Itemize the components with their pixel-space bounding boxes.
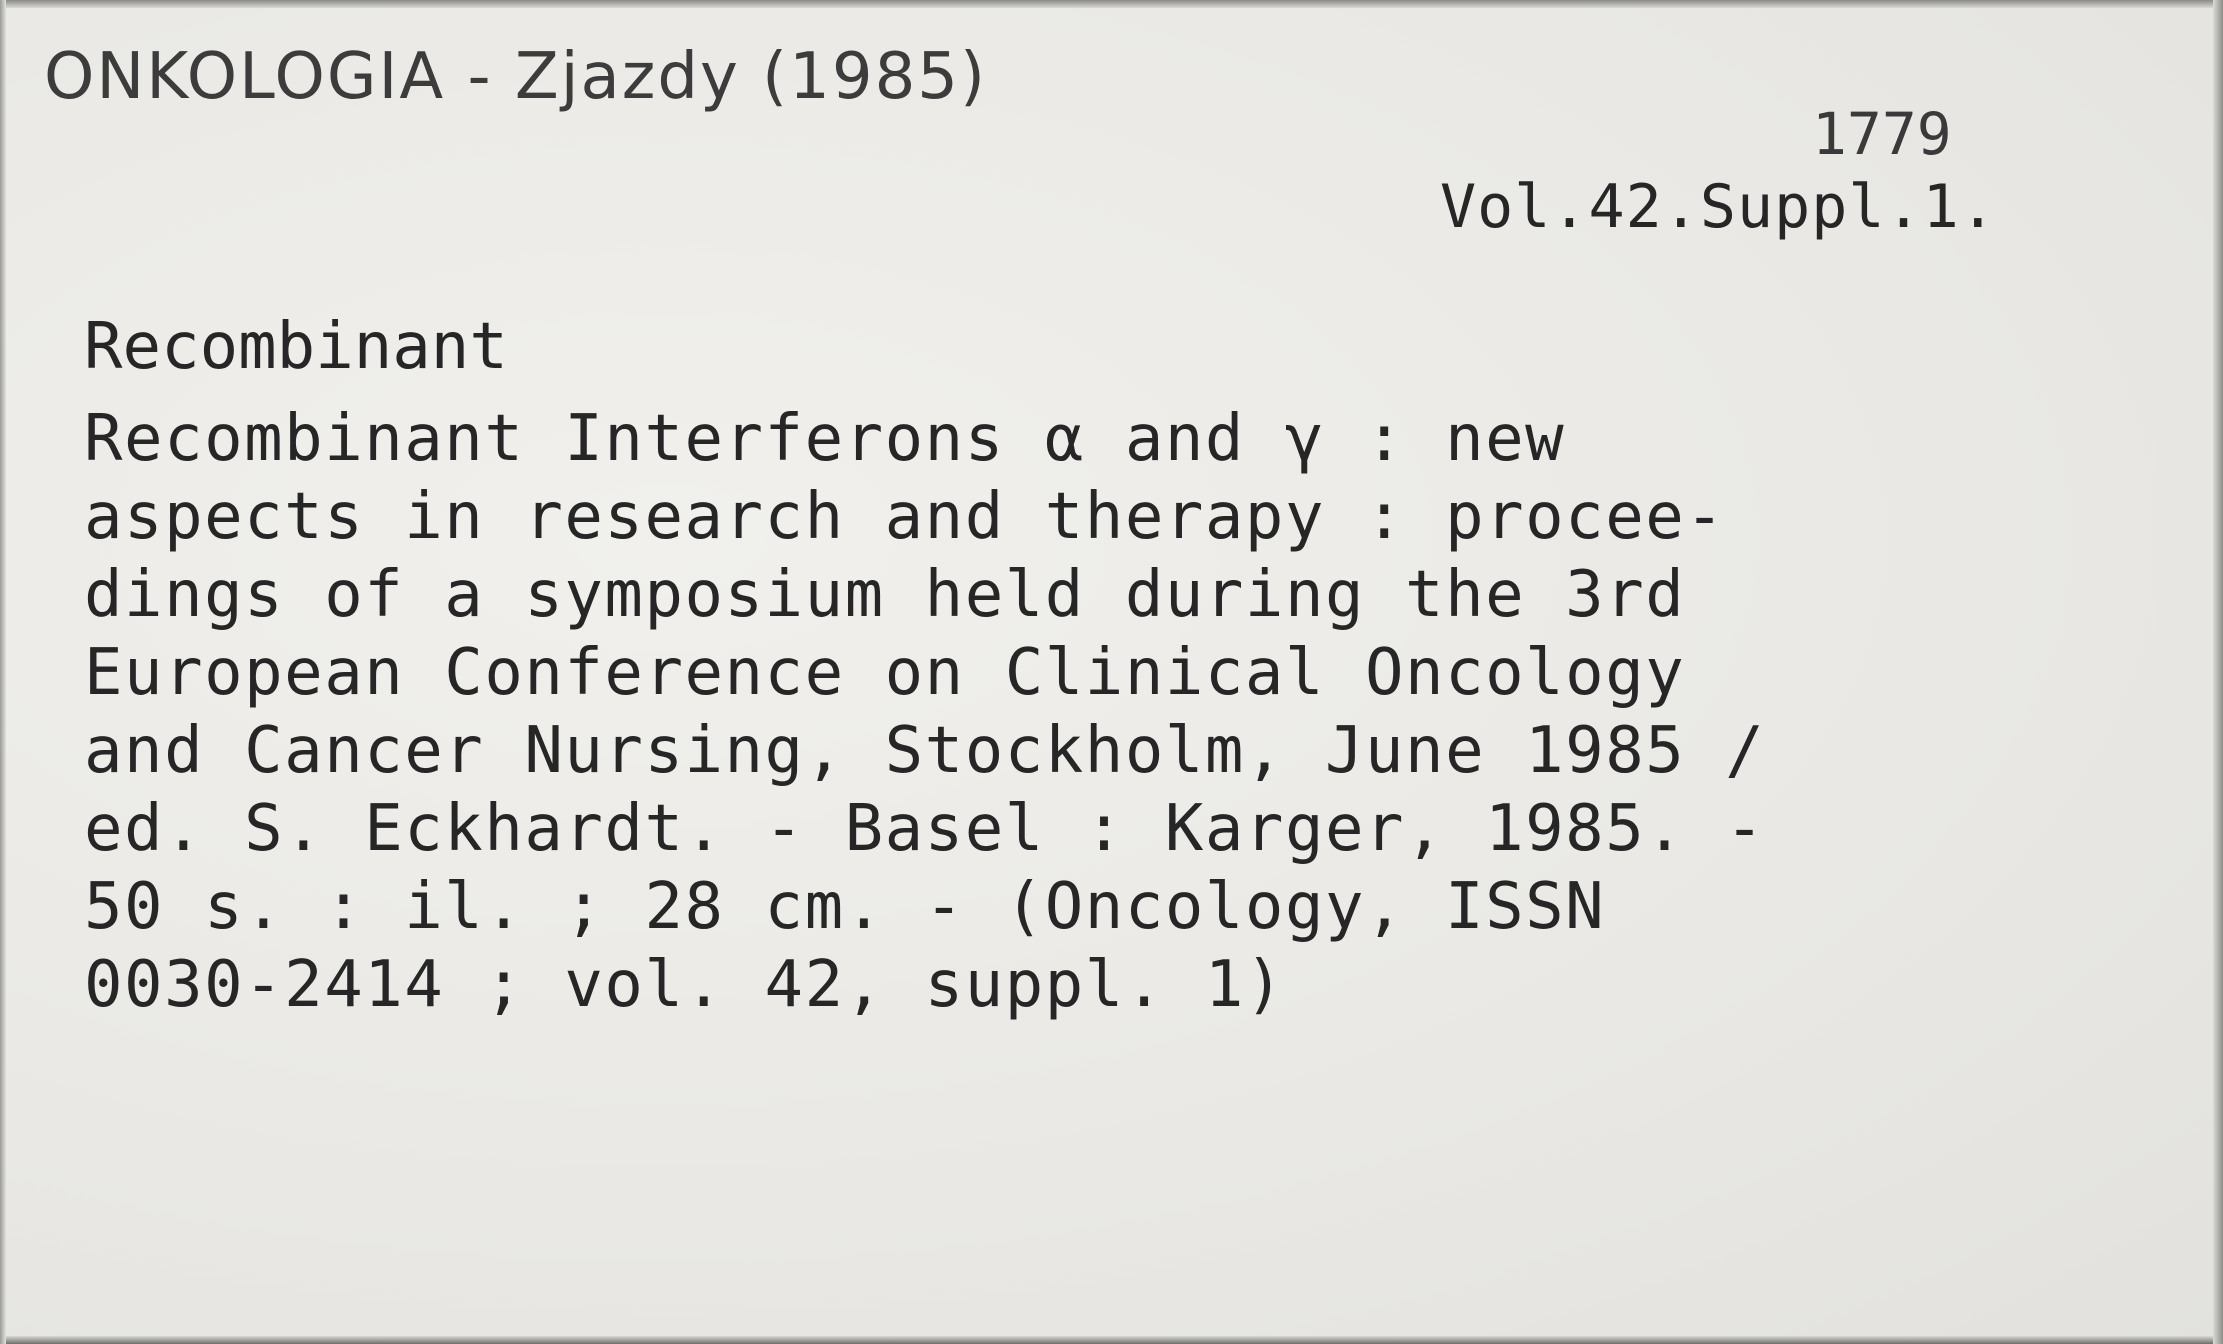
catalog-card: ONKOLOGIA - Zjazdy (1985) 1779 Vol.42.Su… [0,0,2223,1344]
description-line: 0030-2414 ; vol. 42, suppl. 1) [84,946,1765,1024]
card-edge-top [0,0,2223,8]
description-line: European Conference on Clinical Oncology [84,634,1765,712]
card-edge-right [2213,0,2223,1344]
description-line: ed. S. Eckhardt. - Basel : Karger, 1985.… [84,790,1765,868]
handwritten-heading: ONKOLOGIA - Zjazdy (1985) [44,40,987,114]
volume-designation: Vol.42.Suppl.1. [1440,172,1997,242]
description-line: dings of a symposium held during the 3rd [84,556,1765,634]
card-edge-bottom [0,1336,2223,1344]
description-line: aspects in research and therapy : procee… [84,478,1765,556]
description-line: and Cancer Nursing, Stockholm, June 1985… [84,712,1765,790]
card-edge-left [0,0,6,1344]
bibliographic-description: Recombinant Interferons α and γ : new as… [84,400,1765,1024]
description-line: 50 s. : il. ; 28 cm. - (Oncology, ISSN [84,868,1765,946]
description-line: Recombinant Interferons α and γ : new [84,400,1765,478]
subject-heading: Recombinant [84,310,508,384]
call-number: 1779 [1812,100,1952,168]
